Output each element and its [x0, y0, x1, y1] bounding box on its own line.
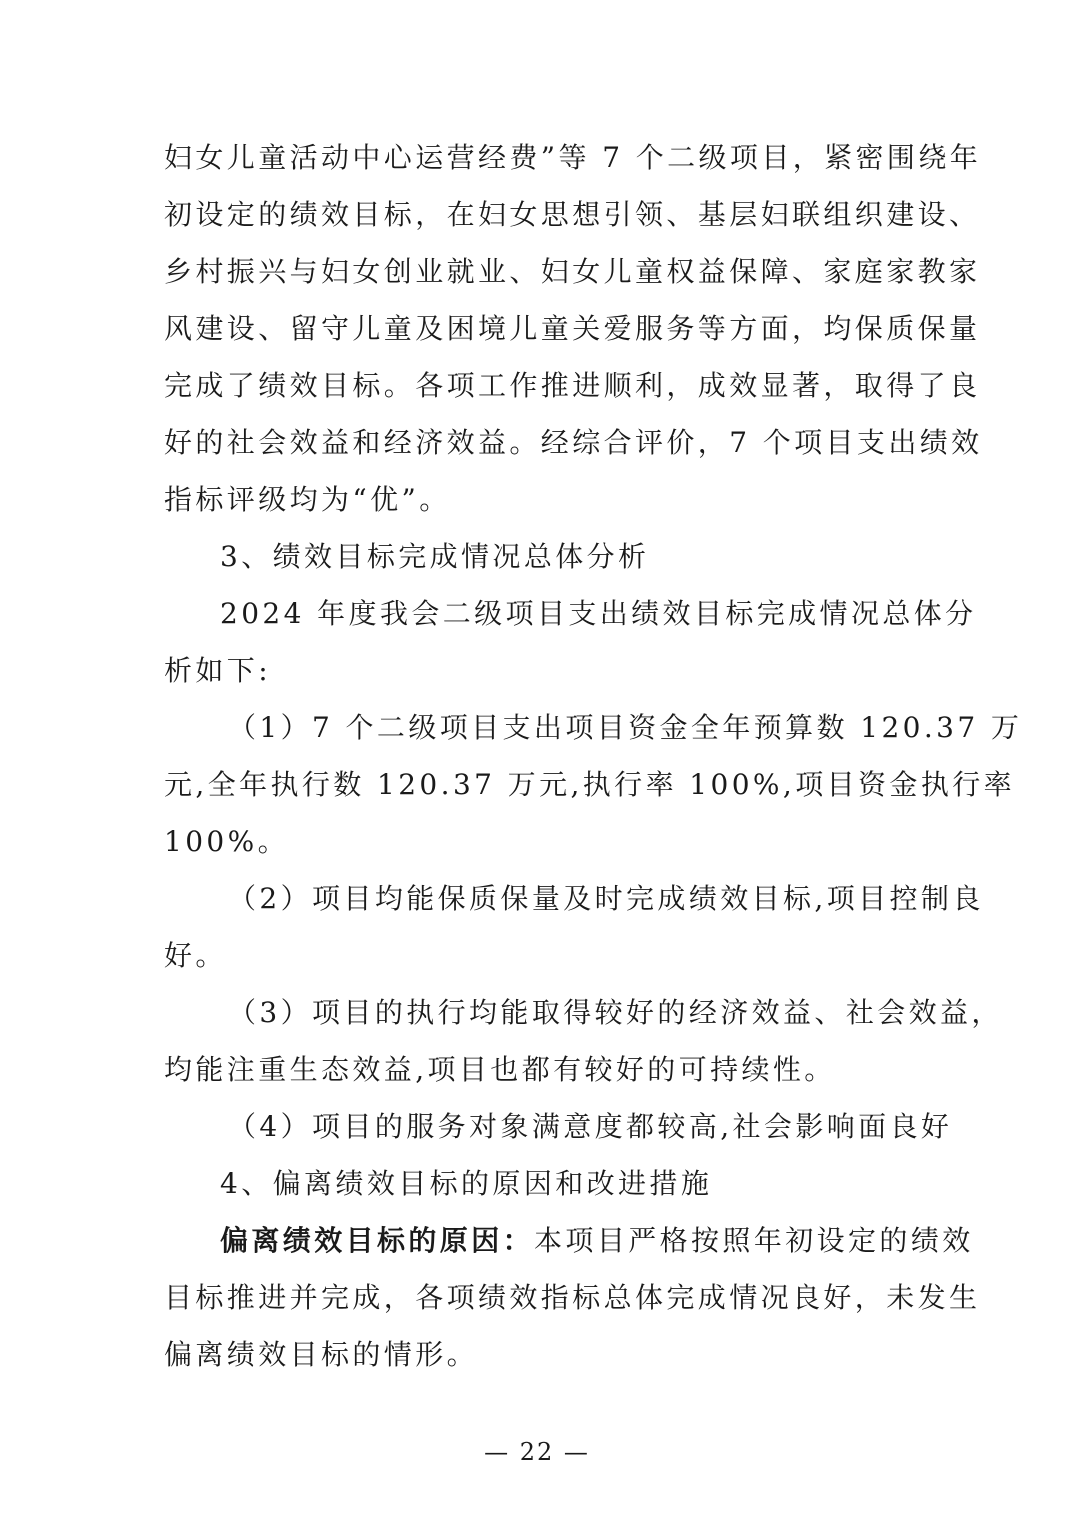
section-4-heading: 4、偏离绩效目标的原因和改进措施: [220, 1164, 914, 1204]
paragraph-line: 完成了绩效目标。各项工作推进顺利，成效显著，取得了良: [164, 366, 914, 406]
reason-label: 偏离绩效目标的原因：: [220, 1224, 534, 1257]
reason-line: 目标推进并完成，各项绩效指标总体完成情况良好，未发生: [164, 1278, 914, 1318]
reason-text: 本项目严格按照年初设定的绩效: [534, 1224, 974, 1257]
paragraph-line: 初设定的绩效目标，在妇女思想引领、基层妇联组织建设、: [164, 195, 914, 235]
section-3-intro-line: 2024 年度我会二级项目支出绩效目标完成情况总体分: [220, 594, 914, 634]
section-3-intro-line: 析如下:: [164, 651, 914, 691]
reason-line: 偏离绩效目标的情形。: [164, 1335, 914, 1375]
item-1-line: 100%。: [164, 822, 914, 862]
paragraph-line: 风建设、留守儿童及困境儿童关爱服务等方面，均保质保量: [164, 309, 914, 349]
item-1-line: （1）7 个二级项目支出项目资金全年预算数 120.37 万: [228, 708, 914, 748]
item-2-line: （2）项目均能保质保量及时完成绩效目标,项目控制良: [228, 879, 914, 919]
paragraph-line: 指标评级均为“优”。: [164, 480, 914, 520]
document-page: 妇女儿童活动中心运营经费”等 7 个二级项目，紧密围绕年 初设定的绩效目标，在妇…: [0, 0, 1074, 1520]
paragraph-line: 乡村振兴与妇女创业就业、妇女儿童权益保障、家庭家教家: [164, 252, 914, 292]
item-2-line: 好。: [164, 936, 914, 976]
reason-first-line: 偏离绩效目标的原因：本项目严格按照年初设定的绩效: [220, 1221, 914, 1261]
paragraph-line: 妇女儿童活动中心运营经费”等 7 个二级项目，紧密围绕年: [164, 138, 914, 178]
item-4-line: （4）项目的服务对象满意度都较高,社会影响面良好: [228, 1107, 914, 1147]
section-3-heading: 3、绩效目标完成情况总体分析: [220, 537, 914, 577]
page-number: — 22 —: [0, 1436, 1074, 1468]
item-3-line: （3）项目的执行均能取得较好的经济效益、社会效益，: [228, 993, 914, 1033]
paragraph-line: 好的社会效益和经济效益。经综合评价，7 个项目支出绩效: [164, 423, 914, 463]
item-3-line: 均能注重生态效益,项目也都有较好的可持续性。: [164, 1050, 914, 1090]
item-1-line: 元,全年执行数 120.37 万元,执行率 100%,项目资金执行率: [164, 765, 914, 805]
